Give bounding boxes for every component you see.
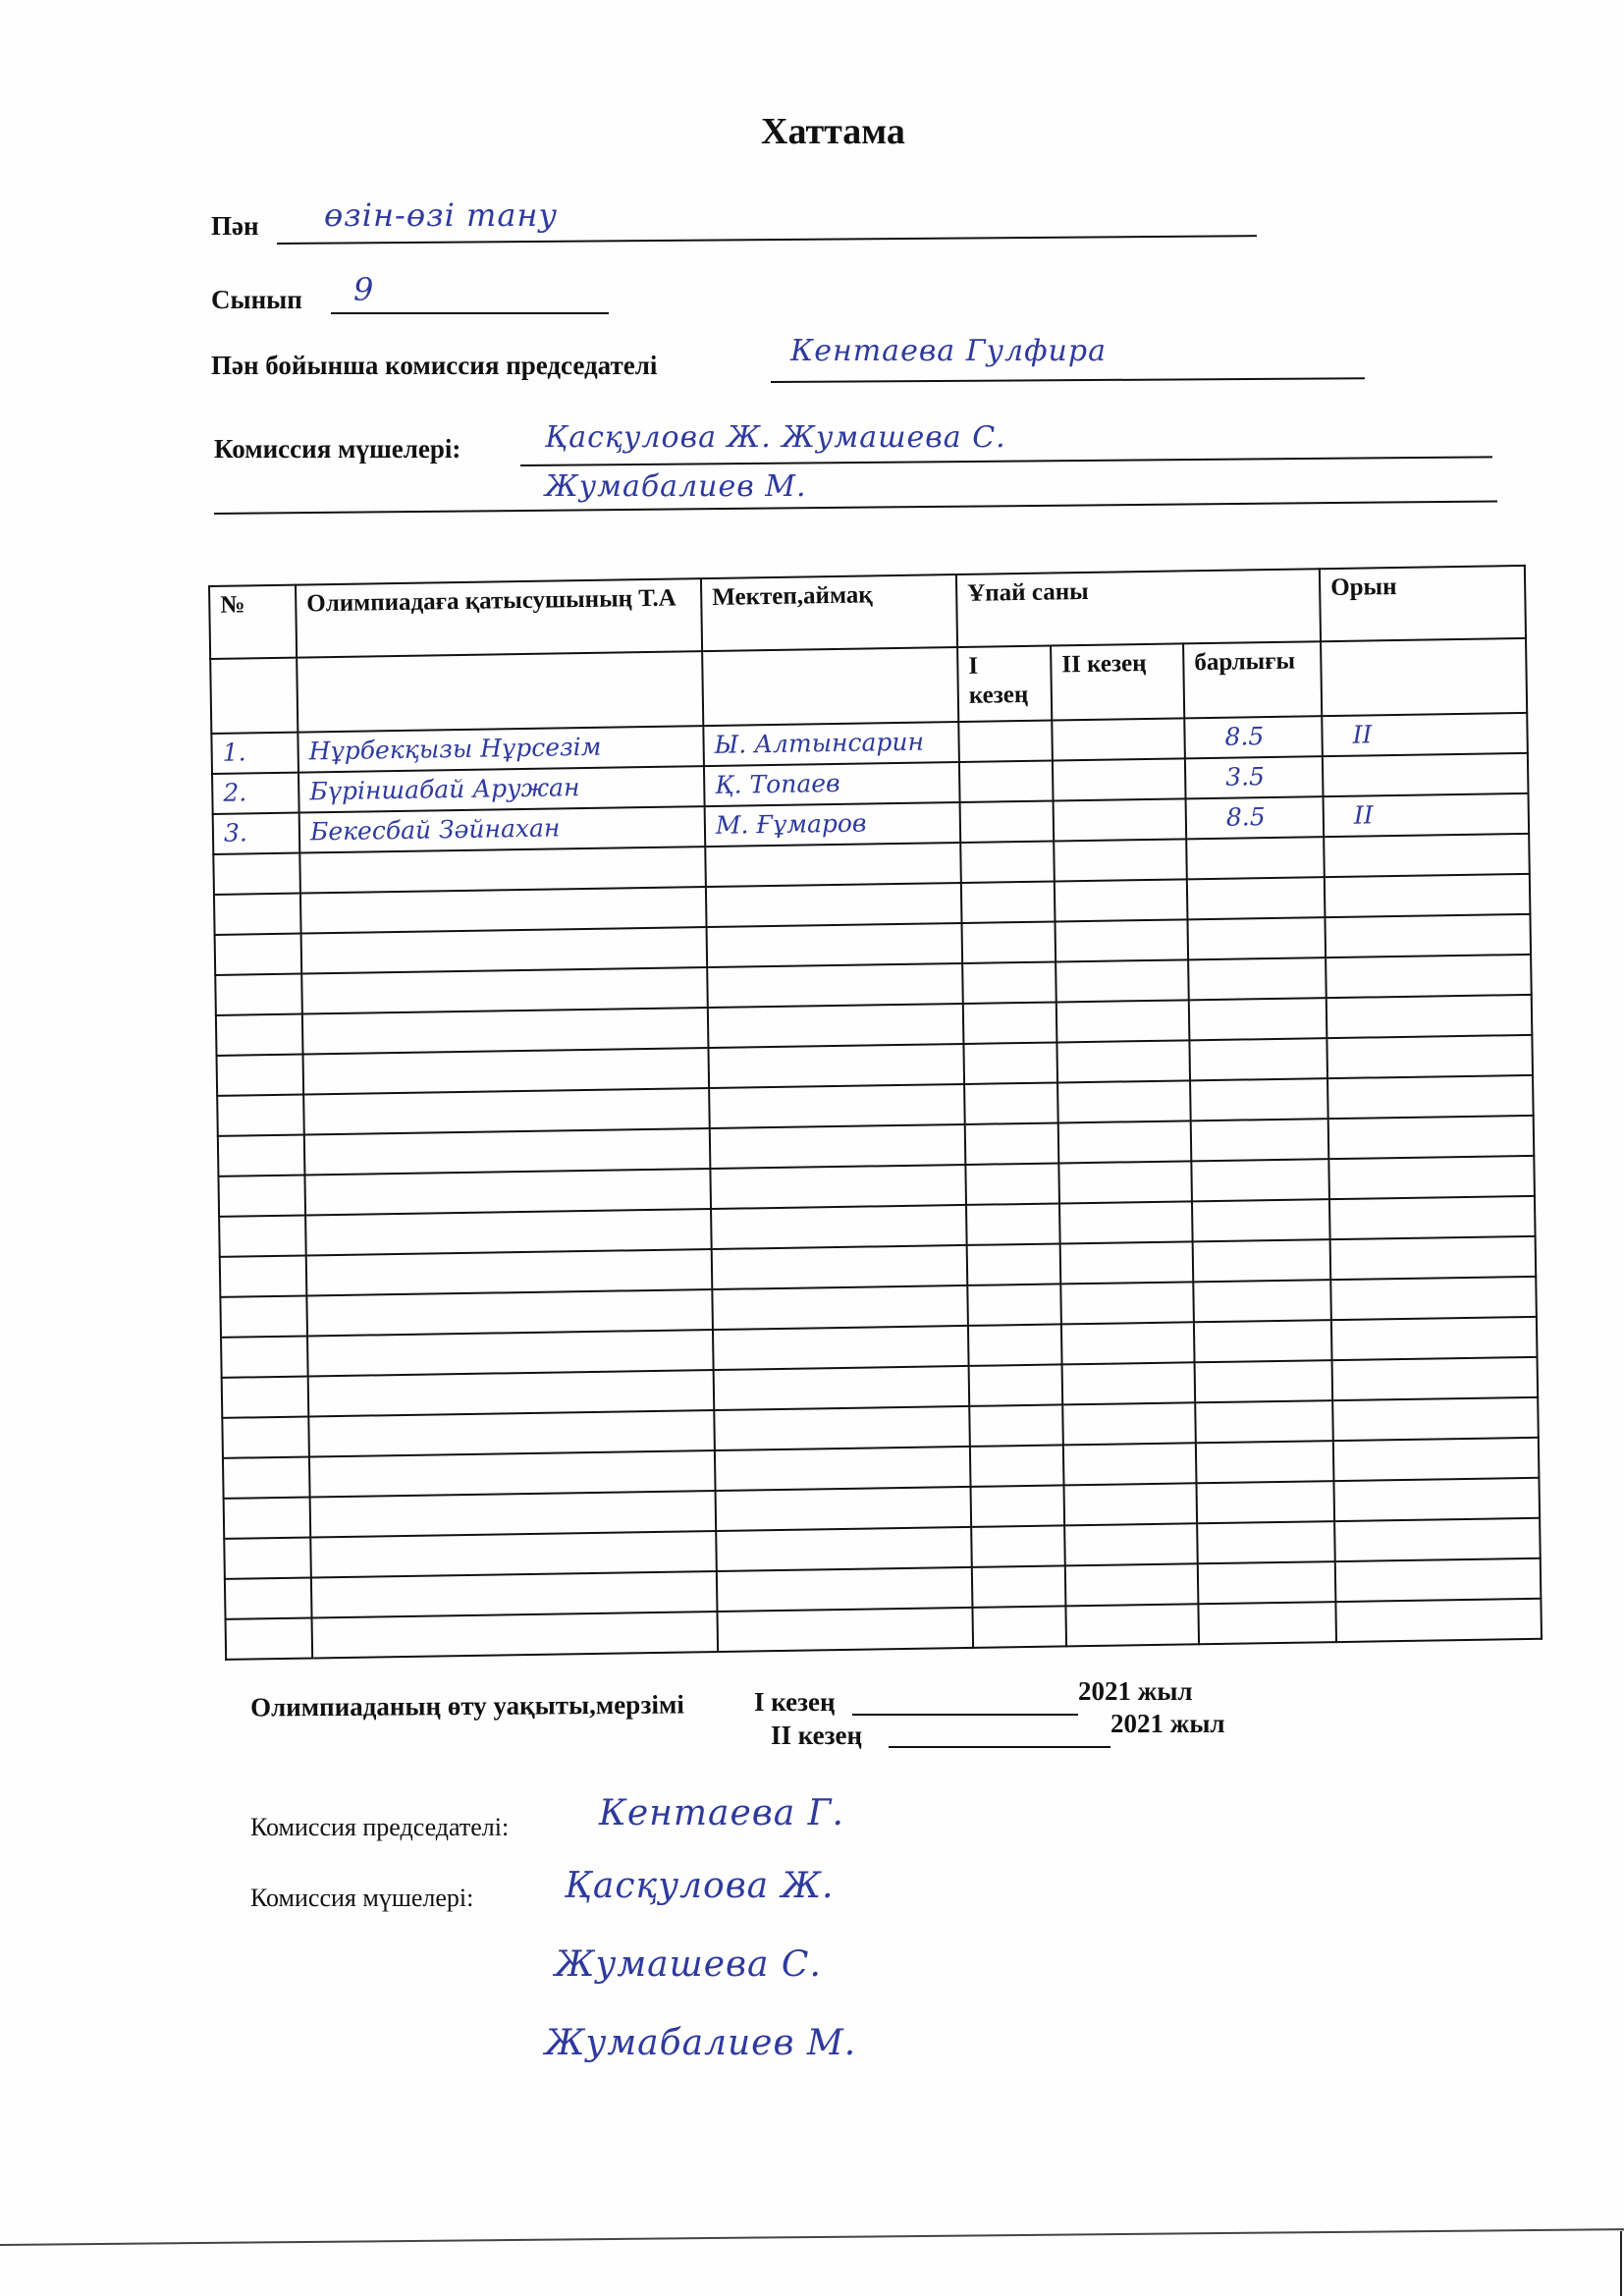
header-stage2: ІІ кезең [1051, 643, 1184, 720]
cell-place[interactable] [1325, 874, 1531, 917]
cell-school[interactable] [710, 1165, 966, 1209]
header-blank [1321, 638, 1527, 716]
header-participant: Олимпиадаға қатысушының Т.А [296, 578, 702, 657]
cell-total[interactable] [1196, 1441, 1334, 1483]
cell-total[interactable] [1190, 1078, 1328, 1121]
stage1-date-field[interactable] [852, 1714, 1078, 1716]
header-place: Орын [1320, 566, 1526, 641]
cell-number[interactable] [222, 1377, 309, 1418]
table-body: 1.Нұрбекқызы НұрсезімЫ. Алтынсарин8.5ІІ2… [211, 713, 1542, 1660]
cell-participant[interactable] [300, 887, 707, 933]
header-score-group: Ұпай саны [956, 569, 1321, 647]
page-title: Хаттама [761, 110, 905, 153]
cell-total[interactable]: 8.5 [1184, 716, 1323, 758]
cell-total[interactable] [1191, 1159, 1329, 1201]
cell-school[interactable] [715, 1447, 971, 1491]
cell-total[interactable] [1198, 1602, 1336, 1644]
cell-stage2[interactable] [1056, 1000, 1190, 1042]
scan-edge-line [0, 2228, 1624, 2246]
stage2-label: ІІ кезең [771, 1721, 862, 1751]
subject-label: Пән [211, 211, 259, 242]
cell-number[interactable] [220, 1296, 307, 1338]
cell-total[interactable] [1195, 1360, 1333, 1402]
members-underline-2 [214, 500, 1497, 515]
cell-place[interactable] [1334, 1518, 1541, 1561]
cell-school[interactable]: Қ. Топаев [704, 762, 960, 806]
cell-participant[interactable]: Бекесбай Зәйнахан [299, 806, 706, 852]
cell-school[interactable] [708, 1004, 964, 1048]
cell-participant[interactable] [308, 1370, 715, 1416]
cell-number[interactable]: 3. [213, 813, 300, 854]
cell-participant[interactable] [308, 1410, 715, 1456]
cell-total[interactable] [1193, 1239, 1331, 1282]
cell-school[interactable] [712, 1285, 968, 1330]
cell-number[interactable] [223, 1456, 310, 1498]
cell-stage2[interactable] [1056, 1040, 1190, 1082]
cell-total[interactable] [1189, 998, 1327, 1040]
cell-stage2[interactable] [1058, 1121, 1192, 1163]
cell-stage1[interactable] [964, 1082, 1058, 1123]
cell-participant[interactable] [303, 1088, 710, 1134]
cell-stage1[interactable] [969, 1404, 1063, 1446]
cell-total[interactable] [1196, 1481, 1334, 1523]
cell-number[interactable] [216, 1014, 303, 1056]
cell-number[interactable]: 1. [211, 733, 298, 774]
document-page: Хаттама Пән өзін-өзі тану Сынып 9 Пән бо… [0, 0, 1624, 2296]
cell-participant[interactable] [299, 847, 706, 893]
cell-participant[interactable] [312, 1612, 719, 1658]
stage2-date-field[interactable] [889, 1746, 1110, 1748]
cell-participant[interactable] [306, 1289, 713, 1336]
cell-participant[interactable] [301, 927, 708, 973]
cell-school[interactable] [713, 1326, 969, 1370]
cell-place[interactable] [1332, 1397, 1539, 1441]
cell-school[interactable] [717, 1567, 973, 1612]
chair-signature: Кентаева Г. [599, 1793, 844, 1833]
cell-school[interactable] [714, 1406, 970, 1450]
cell-stage1[interactable] [971, 1485, 1065, 1526]
cell-number[interactable] [220, 1256, 307, 1297]
cell-school[interactable] [711, 1205, 967, 1249]
header-stage1: І кезең [957, 646, 1052, 722]
cell-school[interactable] [707, 923, 963, 967]
cell-stage2[interactable] [1064, 1523, 1198, 1565]
cell-stage2[interactable] [1052, 718, 1185, 760]
cell-school[interactable] [705, 843, 961, 887]
cell-stage1[interactable] [969, 1364, 1063, 1405]
cell-place[interactable] [1326, 1035, 1533, 1078]
chair-signature-label: Комиссия председателі: [250, 1813, 509, 1842]
cell-stage2[interactable] [1054, 798, 1187, 841]
cell-stage1[interactable] [972, 1565, 1066, 1607]
cell-number[interactable] [224, 1537, 311, 1578]
members-value-line2[interactable]: Жумабалиев М. [545, 469, 807, 504]
results-table: № Олимпиадаға қатысушының Т.А Мектеп,айм… [208, 565, 1541, 1661]
cell-number[interactable] [221, 1337, 308, 1378]
cell-participant[interactable] [305, 1209, 712, 1255]
cell-total[interactable] [1195, 1400, 1333, 1443]
stage2-year: 2021 жыл [1110, 1709, 1225, 1739]
cell-stage1[interactable] [965, 1163, 1059, 1204]
cell-stage2[interactable] [1053, 758, 1186, 800]
cell-stage1[interactable] [971, 1525, 1065, 1566]
cell-number[interactable] [215, 934, 302, 975]
cell-stage1[interactable] [958, 721, 1053, 762]
cell-participant[interactable] [303, 1048, 710, 1094]
cell-stage2[interactable] [1062, 1402, 1196, 1445]
chair-label: Пән бойынша комиссия председателі [211, 351, 657, 381]
cell-number[interactable] [222, 1416, 309, 1457]
cell-stage1[interactable] [967, 1284, 1061, 1325]
cell-place[interactable] [1333, 1438, 1540, 1481]
scan-edge-mark [1620, 2231, 1622, 2296]
cell-stage2[interactable] [1058, 1161, 1192, 1203]
cell-total[interactable] [1194, 1320, 1332, 1362]
header-school: Мектеп,аймақ [701, 574, 957, 651]
cell-total[interactable] [1193, 1280, 1331, 1322]
cell-stage2[interactable] [1059, 1201, 1193, 1243]
cell-total[interactable] [1191, 1119, 1329, 1161]
member-signature-2: Жумашева С. [555, 1944, 822, 1985]
header-number: № [209, 585, 297, 659]
cell-school[interactable]: Ы. Алтынсарин [703, 722, 959, 766]
members-signature-label: Комиссия мүшелері: [250, 1884, 473, 1913]
chair-value[interactable]: Кентаева Гулфира [790, 334, 1107, 368]
cell-school[interactable] [710, 1124, 966, 1169]
cell-number[interactable] [218, 1135, 305, 1176]
member-signature-3: Жумабалиев М. [545, 2023, 856, 2063]
cell-participant[interactable] [309, 1450, 716, 1497]
cell-stage1[interactable] [963, 1002, 1057, 1043]
cell-number[interactable] [214, 894, 301, 935]
member-signature-1: Қасқулова Ж. [565, 1866, 834, 1906]
cell-school[interactable] [708, 1044, 964, 1088]
cell-place[interactable]: ІІ [1324, 793, 1530, 837]
cell-school[interactable] [716, 1527, 972, 1571]
cell-place[interactable] [1332, 1357, 1539, 1400]
cell-place[interactable] [1325, 914, 1531, 957]
header-total: барлығы [1183, 641, 1322, 718]
cell-stage1[interactable] [960, 842, 1055, 883]
cell-participant[interactable]: Бүріншабай Аружан [298, 766, 705, 812]
cell-place[interactable] [1335, 1599, 1542, 1642]
cell-stage2[interactable] [1057, 1080, 1191, 1122]
cell-stage2[interactable] [1056, 959, 1189, 1002]
stage1-label: І кезең [754, 1687, 836, 1718]
cell-number[interactable] [217, 1095, 304, 1136]
members-value-line1[interactable]: Қасқулова Ж. Жумашева С. [545, 420, 1006, 455]
cell-stage1[interactable] [963, 1042, 1057, 1083]
grade-value[interactable]: 9 [353, 271, 374, 308]
cell-place[interactable] [1330, 1277, 1537, 1320]
cell-participant[interactable] [310, 1531, 717, 1577]
cell-school[interactable] [709, 1084, 965, 1128]
cell-stage2[interactable] [1062, 1362, 1196, 1404]
cell-place[interactable] [1333, 1478, 1540, 1521]
cell-participant[interactable] [301, 967, 708, 1013]
cell-number[interactable] [213, 853, 300, 895]
cell-place[interactable]: ІІ [1322, 713, 1528, 756]
grade-underline [331, 312, 609, 314]
cell-place[interactable] [1326, 995, 1533, 1038]
cell-stage1[interactable] [962, 961, 1056, 1003]
chair-underline [771, 377, 1365, 383]
cell-school[interactable] [712, 1245, 968, 1289]
cell-number[interactable] [218, 1175, 305, 1217]
cell-school[interactable] [716, 1487, 972, 1531]
cell-place[interactable] [1330, 1236, 1537, 1280]
cell-stage2[interactable] [1064, 1483, 1198, 1525]
cell-total[interactable] [1188, 957, 1326, 1000]
cell-school[interactable] [717, 1608, 973, 1652]
cell-number[interactable] [219, 1216, 306, 1257]
cell-stage1[interactable] [960, 801, 1055, 843]
cell-number[interactable] [215, 974, 302, 1015]
cell-place[interactable] [1328, 1156, 1535, 1199]
cell-participant[interactable] [310, 1491, 717, 1537]
cell-school[interactable] [706, 883, 962, 927]
cell-place[interactable] [1324, 834, 1530, 877]
cell-place[interactable] [1327, 1075, 1534, 1119]
cell-number[interactable] [226, 1617, 313, 1659]
cell-participant[interactable] [311, 1571, 718, 1617]
dates-label: Олимпиаданың өту уақыты,мерзімі [250, 1689, 684, 1722]
cell-stage1[interactable] [968, 1324, 1062, 1365]
cell-total[interactable] [1192, 1199, 1330, 1241]
stage1-year: 2021 жыл [1078, 1676, 1193, 1707]
cell-participant[interactable]: Нұрбекқызы Нұрсезім [298, 726, 704, 772]
header-blank [702, 647, 958, 726]
cell-school[interactable] [707, 963, 963, 1008]
members-underline-1 [520, 456, 1492, 466]
cell-stage1[interactable] [961, 881, 1056, 922]
cell-stage1[interactable] [966, 1203, 1060, 1244]
cell-stage2[interactable] [1065, 1563, 1199, 1606]
cell-participant[interactable] [304, 1169, 711, 1215]
cell-place[interactable] [1323, 753, 1529, 796]
cell-total[interactable] [1198, 1561, 1336, 1604]
cell-stage2[interactable] [1063, 1443, 1197, 1485]
cell-stage2[interactable] [1055, 919, 1188, 961]
cell-number[interactable] [224, 1497, 311, 1538]
cell-place[interactable] [1331, 1317, 1538, 1360]
cell-total[interactable] [1189, 1038, 1327, 1080]
cell-participant[interactable] [304, 1128, 711, 1175]
cell-number[interactable]: 2. [212, 773, 299, 814]
cell-school[interactable] [714, 1366, 970, 1410]
cell-stage1[interactable] [972, 1606, 1066, 1647]
cell-participant[interactable] [307, 1330, 714, 1376]
cell-place[interactable] [1328, 1116, 1535, 1159]
cell-total[interactable]: 8.5 [1186, 796, 1325, 839]
cell-stage1[interactable] [970, 1445, 1064, 1486]
grade-label: Сынып [211, 285, 302, 315]
cell-stage2[interactable] [1055, 879, 1188, 921]
cell-participant[interactable] [306, 1249, 713, 1295]
cell-total[interactable] [1187, 877, 1326, 919]
cell-number[interactable] [217, 1055, 304, 1096]
cell-number[interactable] [225, 1577, 312, 1618]
cell-stage2[interactable] [1060, 1241, 1194, 1284]
members-label: Комиссия мүшелері: [214, 434, 460, 465]
subject-underline [277, 235, 1257, 245]
header-blank [297, 651, 703, 732]
cell-stage2[interactable] [1060, 1282, 1194, 1324]
cell-stage1[interactable] [959, 761, 1054, 802]
subject-value[interactable]: өзін-өзі тану [324, 196, 558, 234]
cell-stage1[interactable] [961, 921, 1056, 962]
cell-total[interactable]: 3.5 [1185, 756, 1324, 798]
header-blank [210, 658, 298, 734]
cell-stage1[interactable] [967, 1243, 1061, 1285]
cell-place[interactable] [1329, 1196, 1536, 1239]
cell-school[interactable]: М. Ғұмаров [705, 802, 961, 847]
cell-total[interactable] [1197, 1521, 1335, 1563]
cell-stage2[interactable] [1065, 1604, 1199, 1646]
cell-place[interactable] [1326, 955, 1532, 998]
cell-place[interactable] [1335, 1558, 1542, 1602]
cell-stage2[interactable] [1061, 1322, 1195, 1364]
cell-stage2[interactable] [1054, 839, 1187, 881]
cell-total[interactable] [1186, 837, 1325, 879]
cell-participant[interactable] [302, 1008, 709, 1054]
cell-stage1[interactable] [965, 1122, 1059, 1164]
cell-total[interactable] [1187, 917, 1326, 959]
